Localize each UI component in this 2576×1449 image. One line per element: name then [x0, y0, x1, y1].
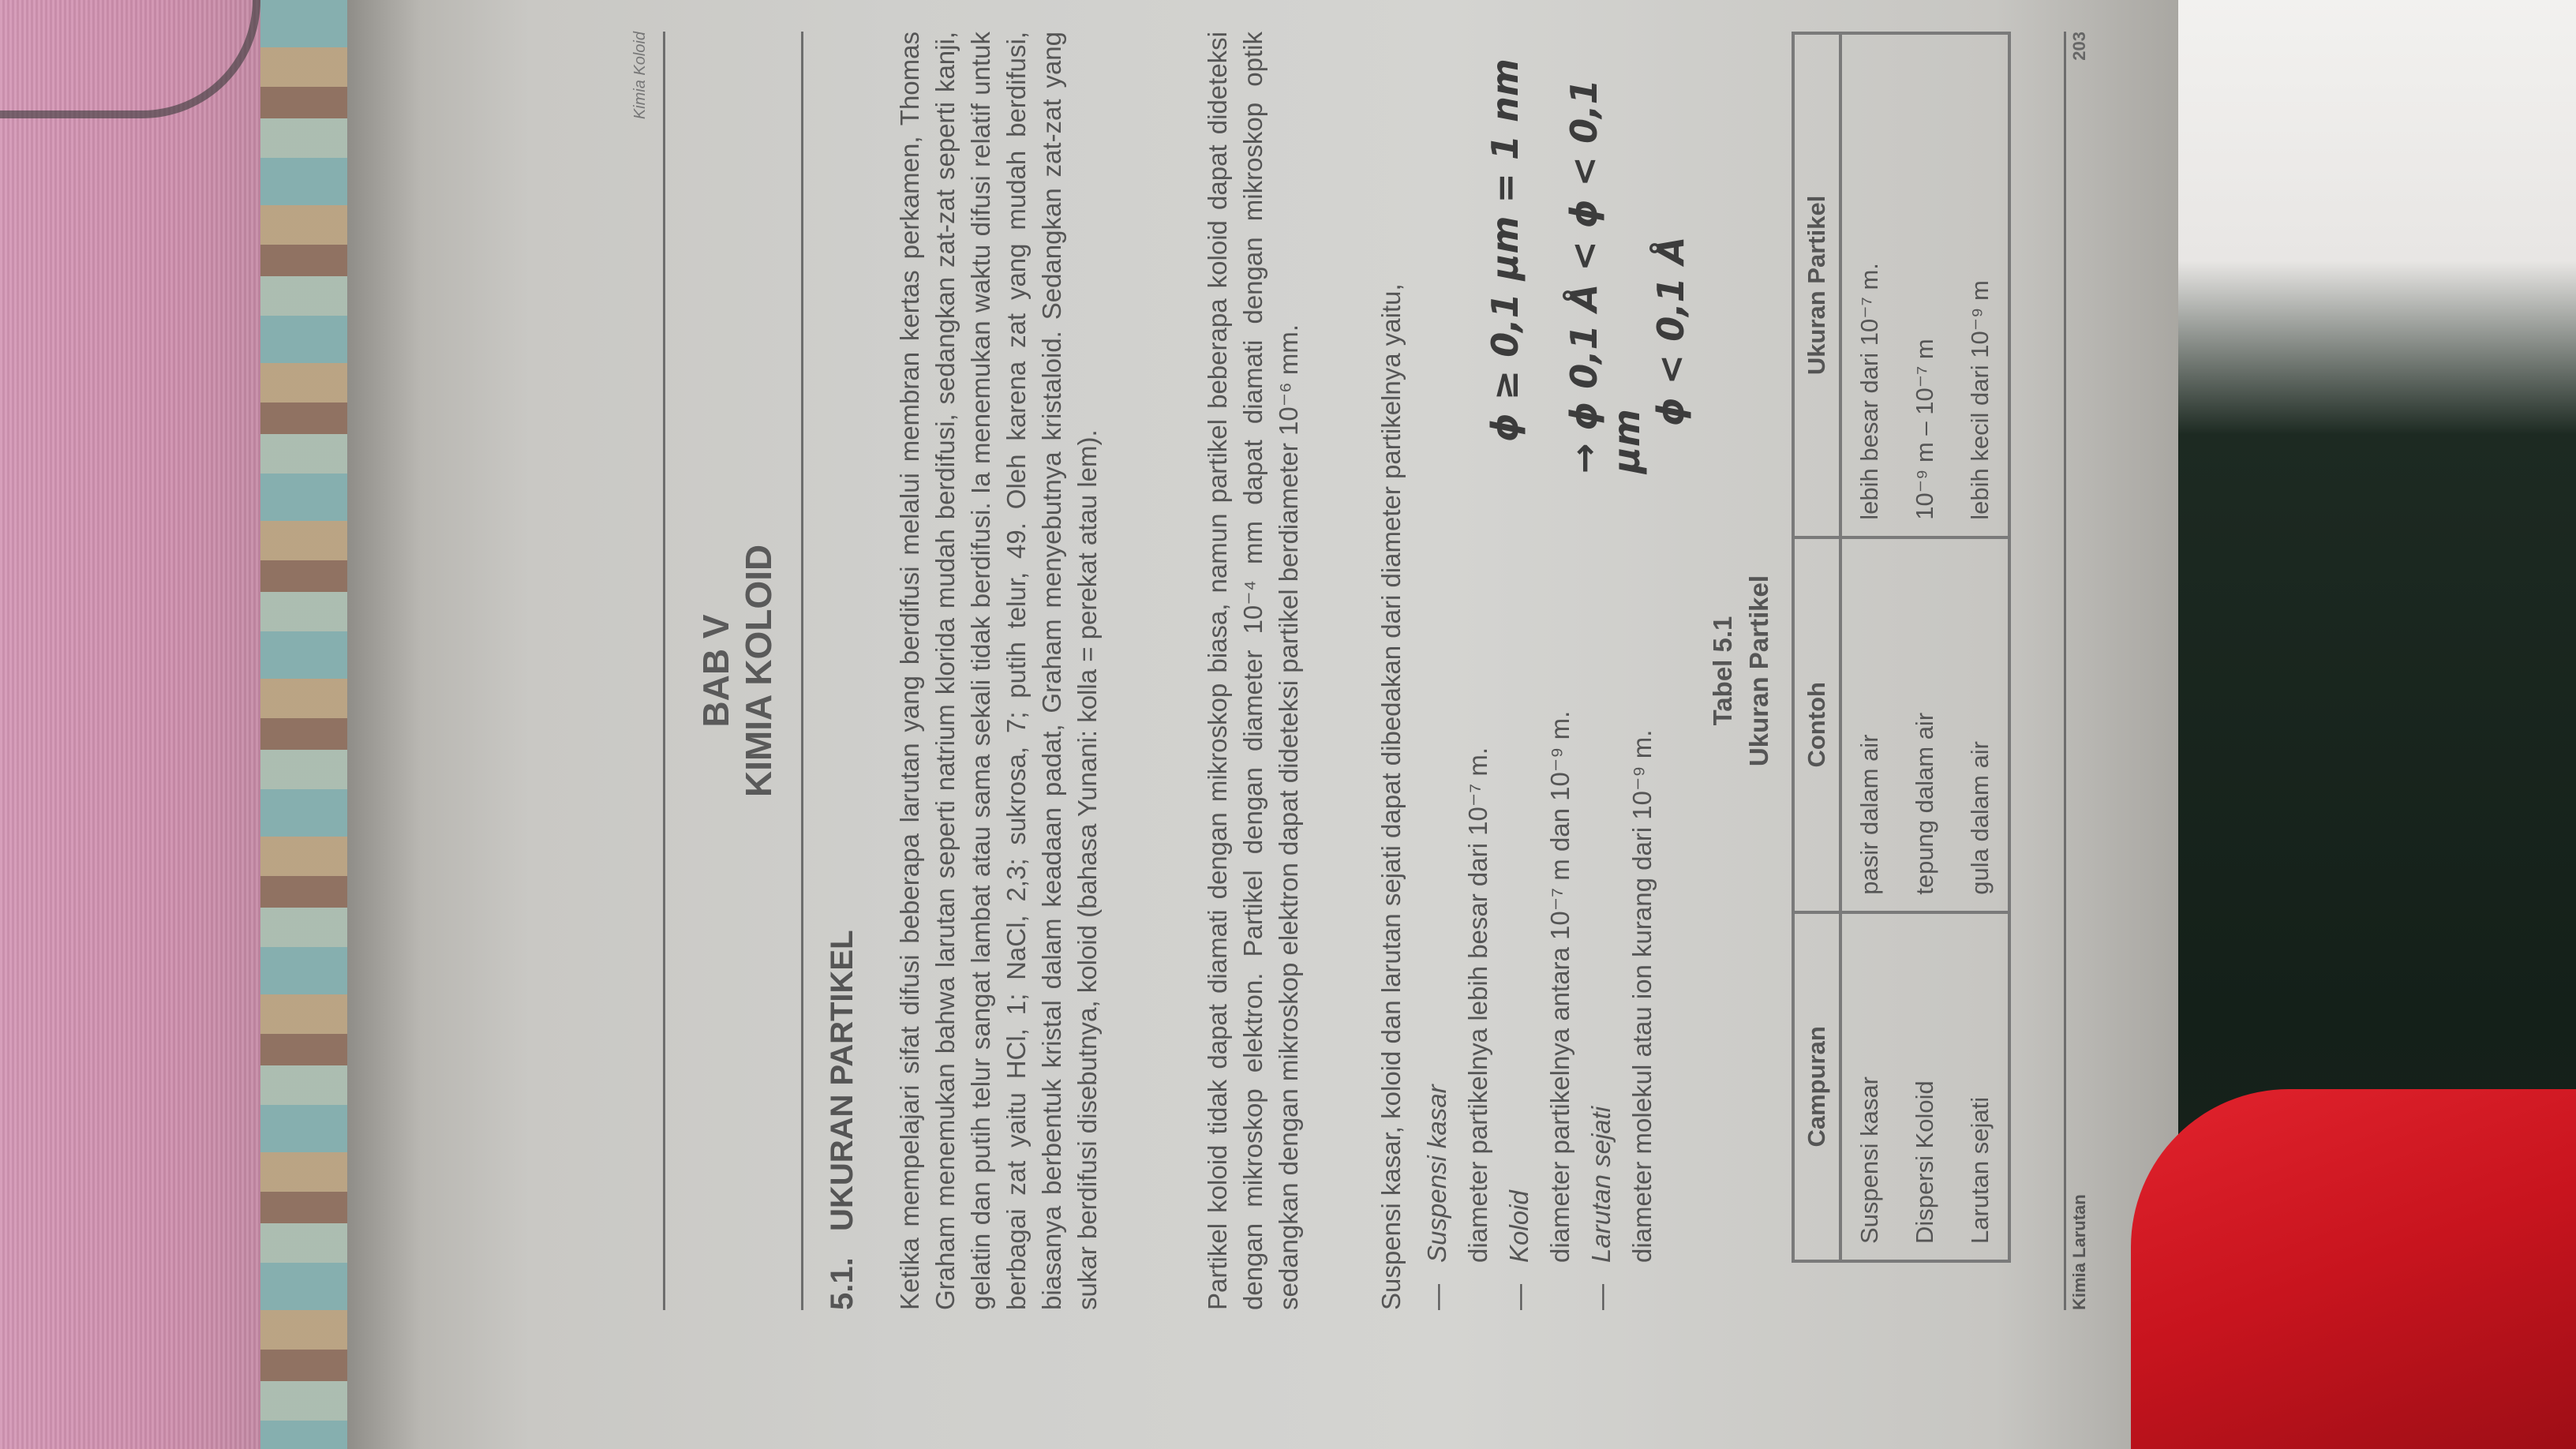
table-cell: Suspensi kasar [1840, 912, 1897, 1261]
section-title: UKURAN PARTIKEL [825, 930, 859, 1230]
handwritten-note-1: ϕ ≥ 0,1 μm = 1 nm [1484, 58, 1526, 442]
rotated-page-content: Kimia Koloid BAB V KIMIA KOLOID 5.1. UKU… [663, 32, 2084, 1310]
table-cell: 10⁻⁹ m – 10⁻⁷ m [1897, 33, 1953, 537]
running-head: Kimia Koloid [631, 32, 650, 119]
section-heading: 5.1. UKURAN PARTIKEL [825, 930, 860, 1310]
table-caption-title: Ukuran Partikel [1741, 32, 1777, 1310]
column-header: Contoh [1793, 537, 1840, 912]
list-item: —Larutan sejati [1581, 442, 1622, 1310]
chapter-rule [801, 32, 803, 1310]
paragraph-2: Partikel koloid tidak dapat diamati deng… [1200, 32, 1306, 1310]
list-item-desc: diameter partikelnya antara 10⁻⁷ m dan 1… [1540, 442, 1581, 1310]
patterned-fabric-strip [260, 0, 347, 1449]
column-header: Ukuran Partikel [1793, 33, 1840, 537]
particle-size-table: Campuran Contoh Ukuran Partikel Suspensi… [1792, 32, 2011, 1263]
table-header-row: Campuran Contoh Ukuran Partikel [1793, 33, 1840, 1261]
list-item: —Koloid [1499, 442, 1540, 1310]
page-number: 203 [2069, 32, 2090, 61]
footer-rule [2064, 32, 2066, 1310]
table-cell: lebih besar dari 10⁻⁷ m. [1840, 33, 1897, 537]
section-number: 5.1. [825, 1257, 859, 1310]
chapter-label: BAB V [695, 32, 737, 1310]
pink-fabric-background [0, 0, 260, 1449]
table-cell: gula dalam air [1953, 537, 2009, 912]
table-row: Suspensi kasar pasir dalam air lebih bes… [1840, 33, 1897, 1261]
table-row: Dispersi Koloid tepung dalam air 10⁻⁹ m … [1897, 33, 1953, 1261]
table-cell: Larutan sejati [1953, 912, 2009, 1261]
chapter-title: KIMIA KOLOID [737, 32, 780, 1310]
table-cell: Dispersi Koloid [1897, 912, 1953, 1261]
list-item: —Suspensi kasar [1417, 442, 1458, 1310]
footer-book-title: Kimia Larutan [2069, 1194, 2090, 1310]
handwritten-note-2: → ϕ 0,1 Å < ϕ < 0,1 μm [1563, 32, 1648, 474]
handwritten-note-3: ϕ < 0,1 Å [1649, 237, 1692, 426]
table-cell: lebih kecil dari 10⁻⁹ m [1953, 33, 2009, 537]
table-cell: pasir dalam air [1840, 537, 1897, 912]
table-caption-number: Tabel 5.1 [1705, 32, 1741, 1310]
paragraph-3: Suspensi kasar, koloid dan larutan sejat… [1373, 32, 1409, 1310]
paragraph-1: Ketika mempelajari sifat difusi beberapa… [892, 32, 1105, 1310]
particle-size-list: —Suspensi kasar diameter partikelnya leb… [1417, 442, 1663, 1310]
column-header: Campuran [1793, 912, 1840, 1261]
red-cloth [2131, 1089, 2576, 1449]
list-item-desc: diameter partikelnya lebih besar dari 10… [1458, 442, 1499, 1310]
table-cell: tepung dalam air [1897, 537, 1953, 912]
list-item-desc: diameter molekul atau ion kurang dari 10… [1622, 442, 1663, 1310]
table-row: Larutan sejati gula dalam air lebih keci… [1953, 33, 2009, 1261]
header-rule [663, 32, 665, 1310]
